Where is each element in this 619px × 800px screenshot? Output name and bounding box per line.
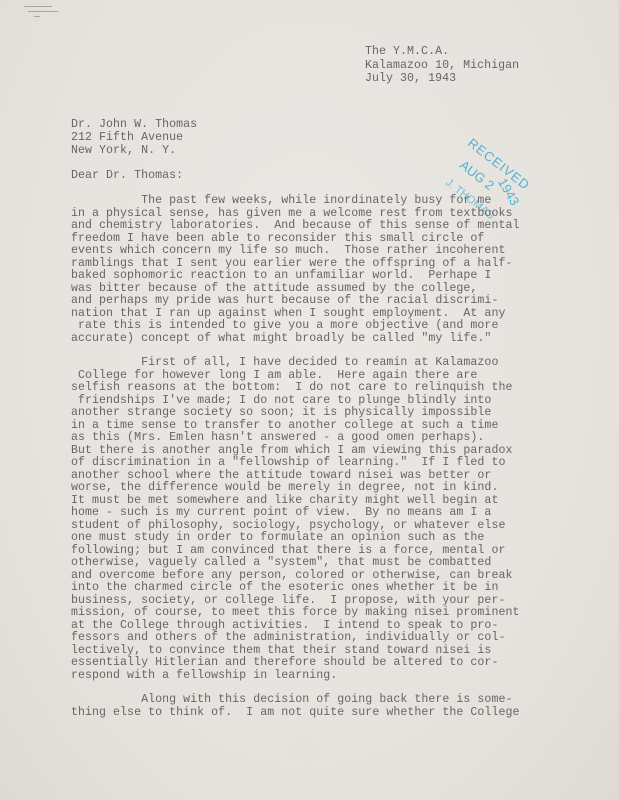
recipient-city: New York, N. Y.	[71, 145, 176, 157]
return-address-line: The Y.M.C.A.	[365, 46, 449, 58]
text-line: First of all, I have decided to reamin a…	[71, 357, 498, 369]
text-line: accurate) concept of what might broadly …	[71, 333, 491, 345]
text-line: mission, of course, to meet this force b…	[71, 607, 519, 619]
text-line: essentially Hitlerian and therefore shou…	[71, 657, 498, 669]
text-line: Along with this decision of going back t…	[71, 694, 512, 706]
text-line: fessors and others of the administration…	[71, 632, 505, 644]
text-line: selfish reasons at the bottom: I do not …	[71, 382, 512, 394]
letter-page: The Y.M.C.A. Kalamazoo 10, Michigan July…	[0, 0, 619, 800]
text-line: and chemistry laboratories. And because …	[71, 220, 519, 232]
text-line: otherwise, vaguely called a "system", th…	[71, 557, 491, 569]
text-line: into the charmed circle of the esoteric …	[71, 582, 498, 594]
letter-date: July 30, 1943	[365, 73, 456, 85]
paper-stain	[285, 735, 325, 765]
text-line: as this (Mrs. Emlen hasn't answered - a …	[71, 432, 484, 444]
text-line: worse, the difference would be merely in…	[71, 482, 498, 494]
text-line: The past few weeks, while inordinately b…	[71, 195, 491, 207]
text-line: thing else to think of. I am not quite s…	[71, 707, 519, 719]
stamp-date-text: AUG 2	[457, 157, 497, 193]
text-line: one must study in order to formulate an …	[71, 532, 484, 544]
archival-pencil-mark	[22, 4, 58, 18]
salutation: Dear Dr. Thomas:	[71, 170, 183, 182]
text-line: rate this is intended to give you a more…	[71, 320, 498, 332]
text-line: home - such is my current point of view.…	[71, 507, 491, 519]
stamp-year-text: 1943	[495, 176, 522, 209]
recipient-name: Dr. John W. Thomas	[71, 119, 197, 131]
recipient-street: 212 Fifth Avenue	[71, 132, 183, 144]
text-line: of discrimination in a "fellowship of le…	[71, 457, 505, 469]
text-line: baked sophomoric reaction to an unfamili…	[71, 270, 491, 282]
text-line: events which concern my life so much. Th…	[71, 245, 505, 257]
return-address-line: Kalamazoo 10, Michigan	[365, 60, 519, 72]
text-line: respond with a fellowship in learning.	[71, 670, 337, 682]
text-line: another strange society so soon; it is p…	[71, 407, 491, 419]
stamp-received-text: RECEIVED	[465, 135, 533, 193]
text-line: and perhaps my pride was hurt because of…	[71, 295, 498, 307]
